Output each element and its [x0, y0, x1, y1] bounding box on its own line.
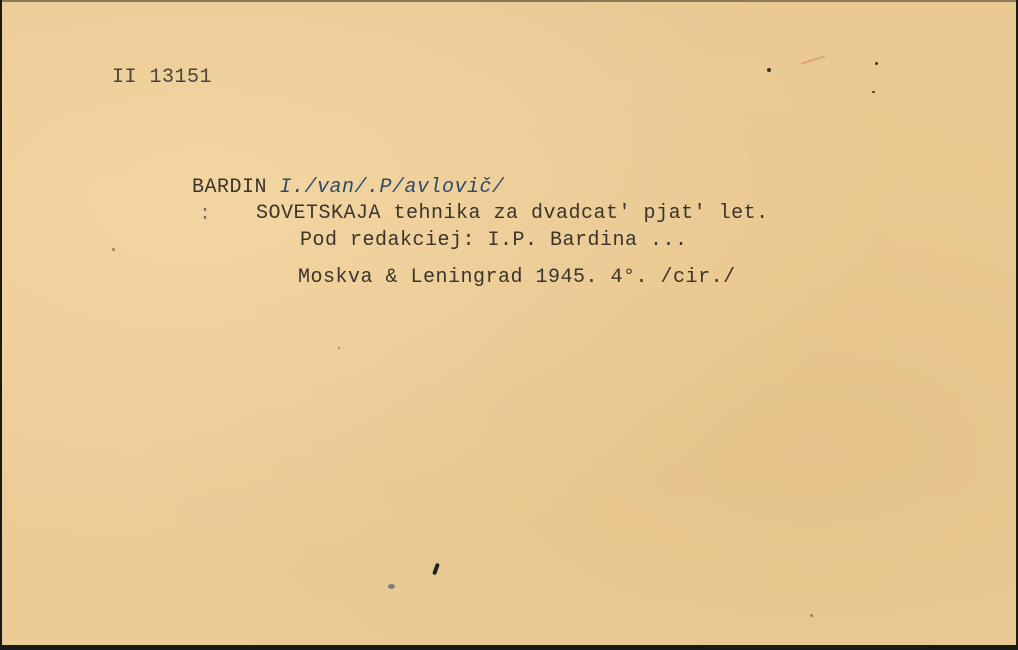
book-title: SOVETSKAJA tehnika za dvadcat' pjat' let…	[256, 202, 769, 226]
paper-fiber-mark	[800, 55, 825, 65]
colon-mark: :	[199, 203, 212, 227]
ink-mark	[432, 563, 440, 576]
paper-speck	[767, 68, 771, 72]
call-number: II 13151	[112, 66, 212, 90]
author-heading: BARDIN I./van/.P/avlovič/	[192, 176, 505, 200]
editor-statement: Pod redakciej: I.P. Bardina ...	[300, 229, 688, 253]
author-given-names-handwritten: I./van/.P/avlovič/	[267, 176, 505, 199]
paper-speck	[872, 91, 875, 93]
catalog-card: II 13151 BARDIN I./van/.P/avlovič/ : SOV…	[2, 0, 1016, 645]
paper-speck	[338, 347, 340, 349]
paper-speck	[810, 614, 813, 617]
paper-speck	[875, 62, 878, 65]
grey-spot	[388, 584, 395, 589]
imprint-statement: Moskva & Leningrad 1945. 4°. /cir./	[298, 266, 736, 290]
author-surname: BARDIN	[192, 176, 267, 199]
paper-speck	[112, 248, 115, 251]
